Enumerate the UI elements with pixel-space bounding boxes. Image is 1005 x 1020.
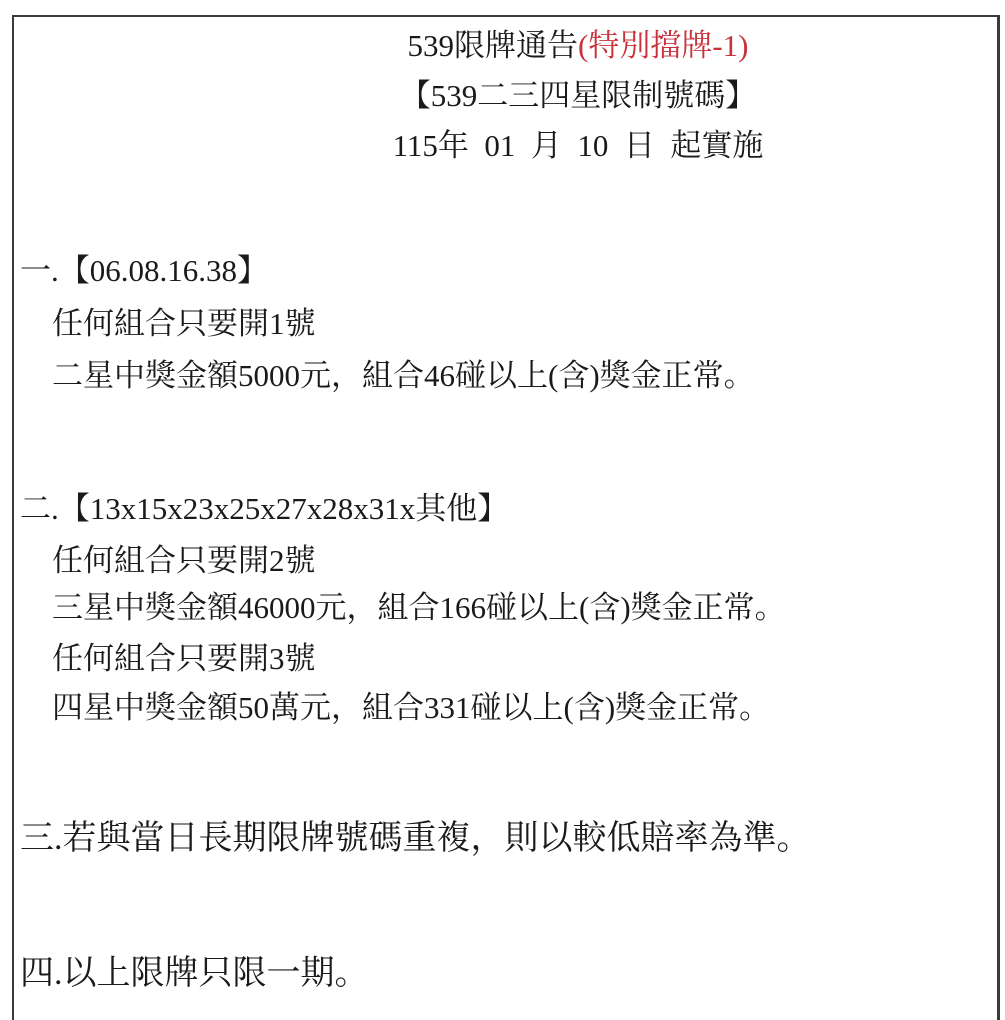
section-4-heading: 四.以上限牌只限一期。 <box>20 957 369 991</box>
title-prefix: 539限牌通告 <box>408 28 579 63</box>
section-3-heading: 三.若與當日長期限牌號碼重複，則以較低賠率為準。 <box>20 822 811 856</box>
section-2-line-1: 任何組合只要開2號 <box>52 545 316 576</box>
section-1-line-2: 二星中獎金額5000元，組合46碰以上(含)獎金正常。 <box>52 360 755 391</box>
section-2-line-2: 三星中獎金額46000元，組合166碰以上(含)獎金正常。 <box>52 592 786 623</box>
section-1-line-1: 任何組合只要開1號 <box>52 308 316 339</box>
effective-date: 115年 01 月 10 日 起實施 <box>0 130 1005 161</box>
section-2-line-3: 任何組合只要開3號 <box>52 643 316 674</box>
section-2-heading: 二.【13x15x23x25x27x28x31x其他】 <box>20 493 508 524</box>
section-2-line-4: 四星中獎金額50萬元，組合331碰以上(含)獎金正常。 <box>52 692 770 723</box>
notice-title: 539限牌通告(特別擋牌-1) <box>0 30 1005 61</box>
title-special-tag: (特別擋牌-1) <box>578 28 748 63</box>
notice-subtitle: 【539二三四星限制號碼】 <box>0 80 1005 111</box>
section-1-heading: 一.【06.08.16.38】 <box>20 255 268 286</box>
